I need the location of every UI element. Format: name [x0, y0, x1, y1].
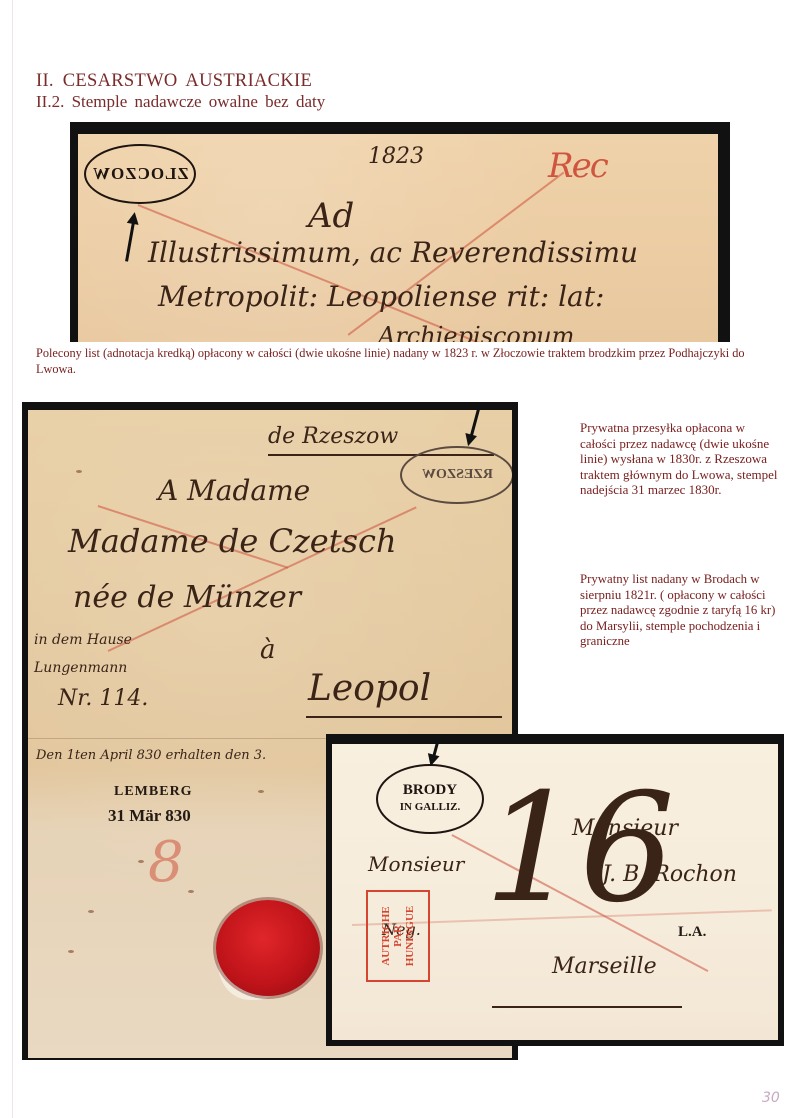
postmark-zloczow: ZLOCZOW: [84, 144, 196, 204]
underline: [492, 1006, 682, 1008]
origin-manuscript: de Rzeszow: [268, 424, 398, 449]
address-line: A Madame: [158, 474, 310, 507]
postmark-rzeszow: RZESZOW: [400, 446, 512, 504]
wax-seal: [216, 900, 320, 996]
caption-brody: Prywatny list nadany w Brodach w sierpni…: [580, 572, 780, 650]
address-line: à: [260, 635, 276, 665]
address-line: née de Münzer: [73, 580, 301, 615]
letter-zloczow: ZLOCZOW 1823 Rec Ad Illustrissimum, ac R…: [78, 134, 718, 342]
caption-zloczow: Polecony list (adnotacja kredką) opłacon…: [36, 346, 776, 377]
border-stamp-line: PAR: [392, 925, 404, 947]
side-note-line: Lungenmann: [34, 660, 127, 676]
postmark-text: RZESZOW: [422, 467, 493, 483]
arrow-pointer-icon: [469, 410, 483, 439]
address-line: Ad: [308, 196, 354, 236]
side-note-line: Nr. 114.: [58, 686, 148, 711]
address-line: Archiepiscopum: [378, 322, 574, 342]
arrow-pointer-icon: [125, 222, 135, 262]
section-title: II. CESARSTWO AUSTRIACKIE: [36, 70, 325, 92]
postmark-line: BRODY: [403, 782, 457, 799]
tax-marking: 16: [484, 774, 675, 924]
postmark-text: ZLOCZOW: [92, 164, 189, 184]
border-stamp: AUTRICHE PAR HUNINGUE: [366, 890, 430, 982]
address-line: Illustrissimum, ac Reverendissimu: [148, 236, 638, 269]
side-note-line: in dem Hause: [34, 632, 132, 648]
underline: [306, 716, 502, 718]
address-line: Metropolit: Leopoliense rit: lat:: [158, 280, 604, 313]
fold-line: [28, 738, 328, 739]
address-line: Madame de Czetsch: [68, 522, 397, 560]
address-line: Marseille: [552, 954, 657, 979]
back-note: Den 1ten April 830 erhalten den 3.: [36, 748, 266, 763]
arrival-stamp-city: LEMBERG: [114, 784, 193, 800]
border-stamp-line: HUNINGUE: [404, 906, 416, 967]
postmark-brody: BRODY IN GALLIZ.: [376, 764, 484, 834]
address-line: Monsieur: [572, 816, 678, 841]
arrow-pointer-icon: [432, 744, 445, 759]
page-heading: II. CESARSTWO AUSTRIACKIE II.2. Stemple …: [36, 70, 325, 112]
routing-mark: L.A.: [678, 924, 706, 941]
red-registration-mark: Rec: [548, 146, 607, 186]
exhibit-brody-mount: BRODY IN GALLIZ. 16 Monsieur J. B. Rocho…: [326, 734, 784, 1046]
caption-rzeszow: Prywatna przesyłka opłacona w całości pr…: [580, 420, 780, 498]
subsection-title: II.2. Stemple nadawcze owalne bez daty: [36, 92, 325, 112]
postmark-line: IN GALLIZ.: [400, 799, 461, 816]
red-rate-mark: 8: [148, 830, 184, 895]
address-line: Leopol: [308, 668, 431, 709]
docket-text: 1823: [368, 144, 424, 169]
left-note: Monsieur: [368, 852, 464, 876]
border-stamp-line: AUTRICHE: [380, 906, 392, 965]
page-number: 30: [762, 1090, 780, 1106]
address-line: J. B. Rochon: [602, 862, 737, 887]
margin-line: [12, 0, 13, 1118]
letter-brody: BRODY IN GALLIZ. 16 Monsieur J. B. Rocho…: [332, 744, 778, 1040]
exhibit-zloczow-mount: ZLOCZOW 1823 Rec Ad Illustrissimum, ac R…: [70, 122, 730, 342]
arrival-stamp-date: 31 Mär 830: [108, 806, 191, 826]
